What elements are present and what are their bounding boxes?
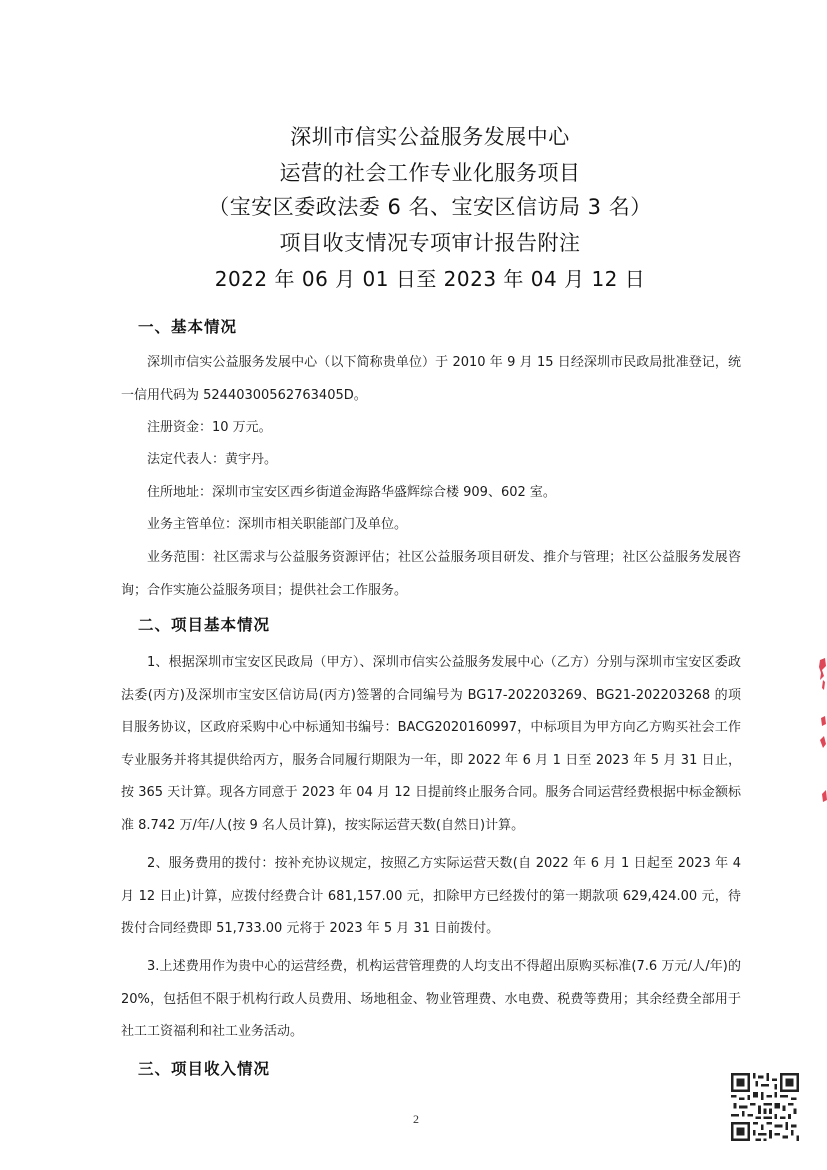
section-heading-income: 三、项目收入情况 (138, 1057, 270, 1079)
paragraph-registration: 深圳市信实公益服务发展中心（以下简称贵单位）于 2010 年 9 月 15 日经… (121, 347, 741, 412)
paragraph-payment: 2、服务费用的拨付：按补充协议规定，按照乙方实际运营天数(自 2022 年 6 … (121, 848, 741, 946)
section-heading-basic-info: 一、基本情况 (138, 315, 237, 337)
paragraph-usage: 3.上述费用作为贵中心的运营经费，机构运营管理费的人均支出不得超出原购买标准(7… (121, 951, 741, 1049)
title-line-org: 深圳市信实公益服务发展中心 (0, 126, 827, 149)
document-page: 深圳市信实公益服务发展中心 运营的社会工作专业化服务项目 （宝安区委政法委 6 … (0, 0, 827, 1170)
title-line-scope: （宝安区委政法委 6 名、宝安区信访局 3 名） (0, 196, 827, 219)
paragraph-capital: 注册资金：10 万元。 (121, 412, 741, 445)
red-seal-edge (812, 640, 827, 820)
paragraph-legal-rep: 法定代表人：黄宇丹。 (121, 444, 741, 477)
section-heading-project-info: 二、项目基本情况 (138, 613, 270, 635)
paragraph-contract: 1、根据深圳市宝安区民政局（甲方）、深圳市信实公益服务发展中心（乙方）分别与深圳… (121, 647, 741, 842)
paragraph-address: 住所地址：深圳市宝安区西乡街道金海路华盛辉综合楼 909、602 室。 (121, 477, 741, 510)
title-line-period: 2022 年 06 月 01 日至 2023 年 04 月 12 日 (0, 268, 827, 291)
paragraph-business-scope: 业务范围：社区需求与公益服务资源评估；社区公益服务项目研发、推介与管理；社区公益… (121, 542, 741, 607)
page-number: 2 (413, 1112, 419, 1127)
title-line-report: 项目收支情况专项审计报告附注 (0, 232, 827, 255)
paragraph-supervisor: 业务主管单位：深圳市相关职能部门及单位。 (121, 509, 741, 542)
title-line-project: 运营的社会工作专业化服务项目 (0, 162, 827, 185)
qr-code-icon (731, 1073, 799, 1141)
